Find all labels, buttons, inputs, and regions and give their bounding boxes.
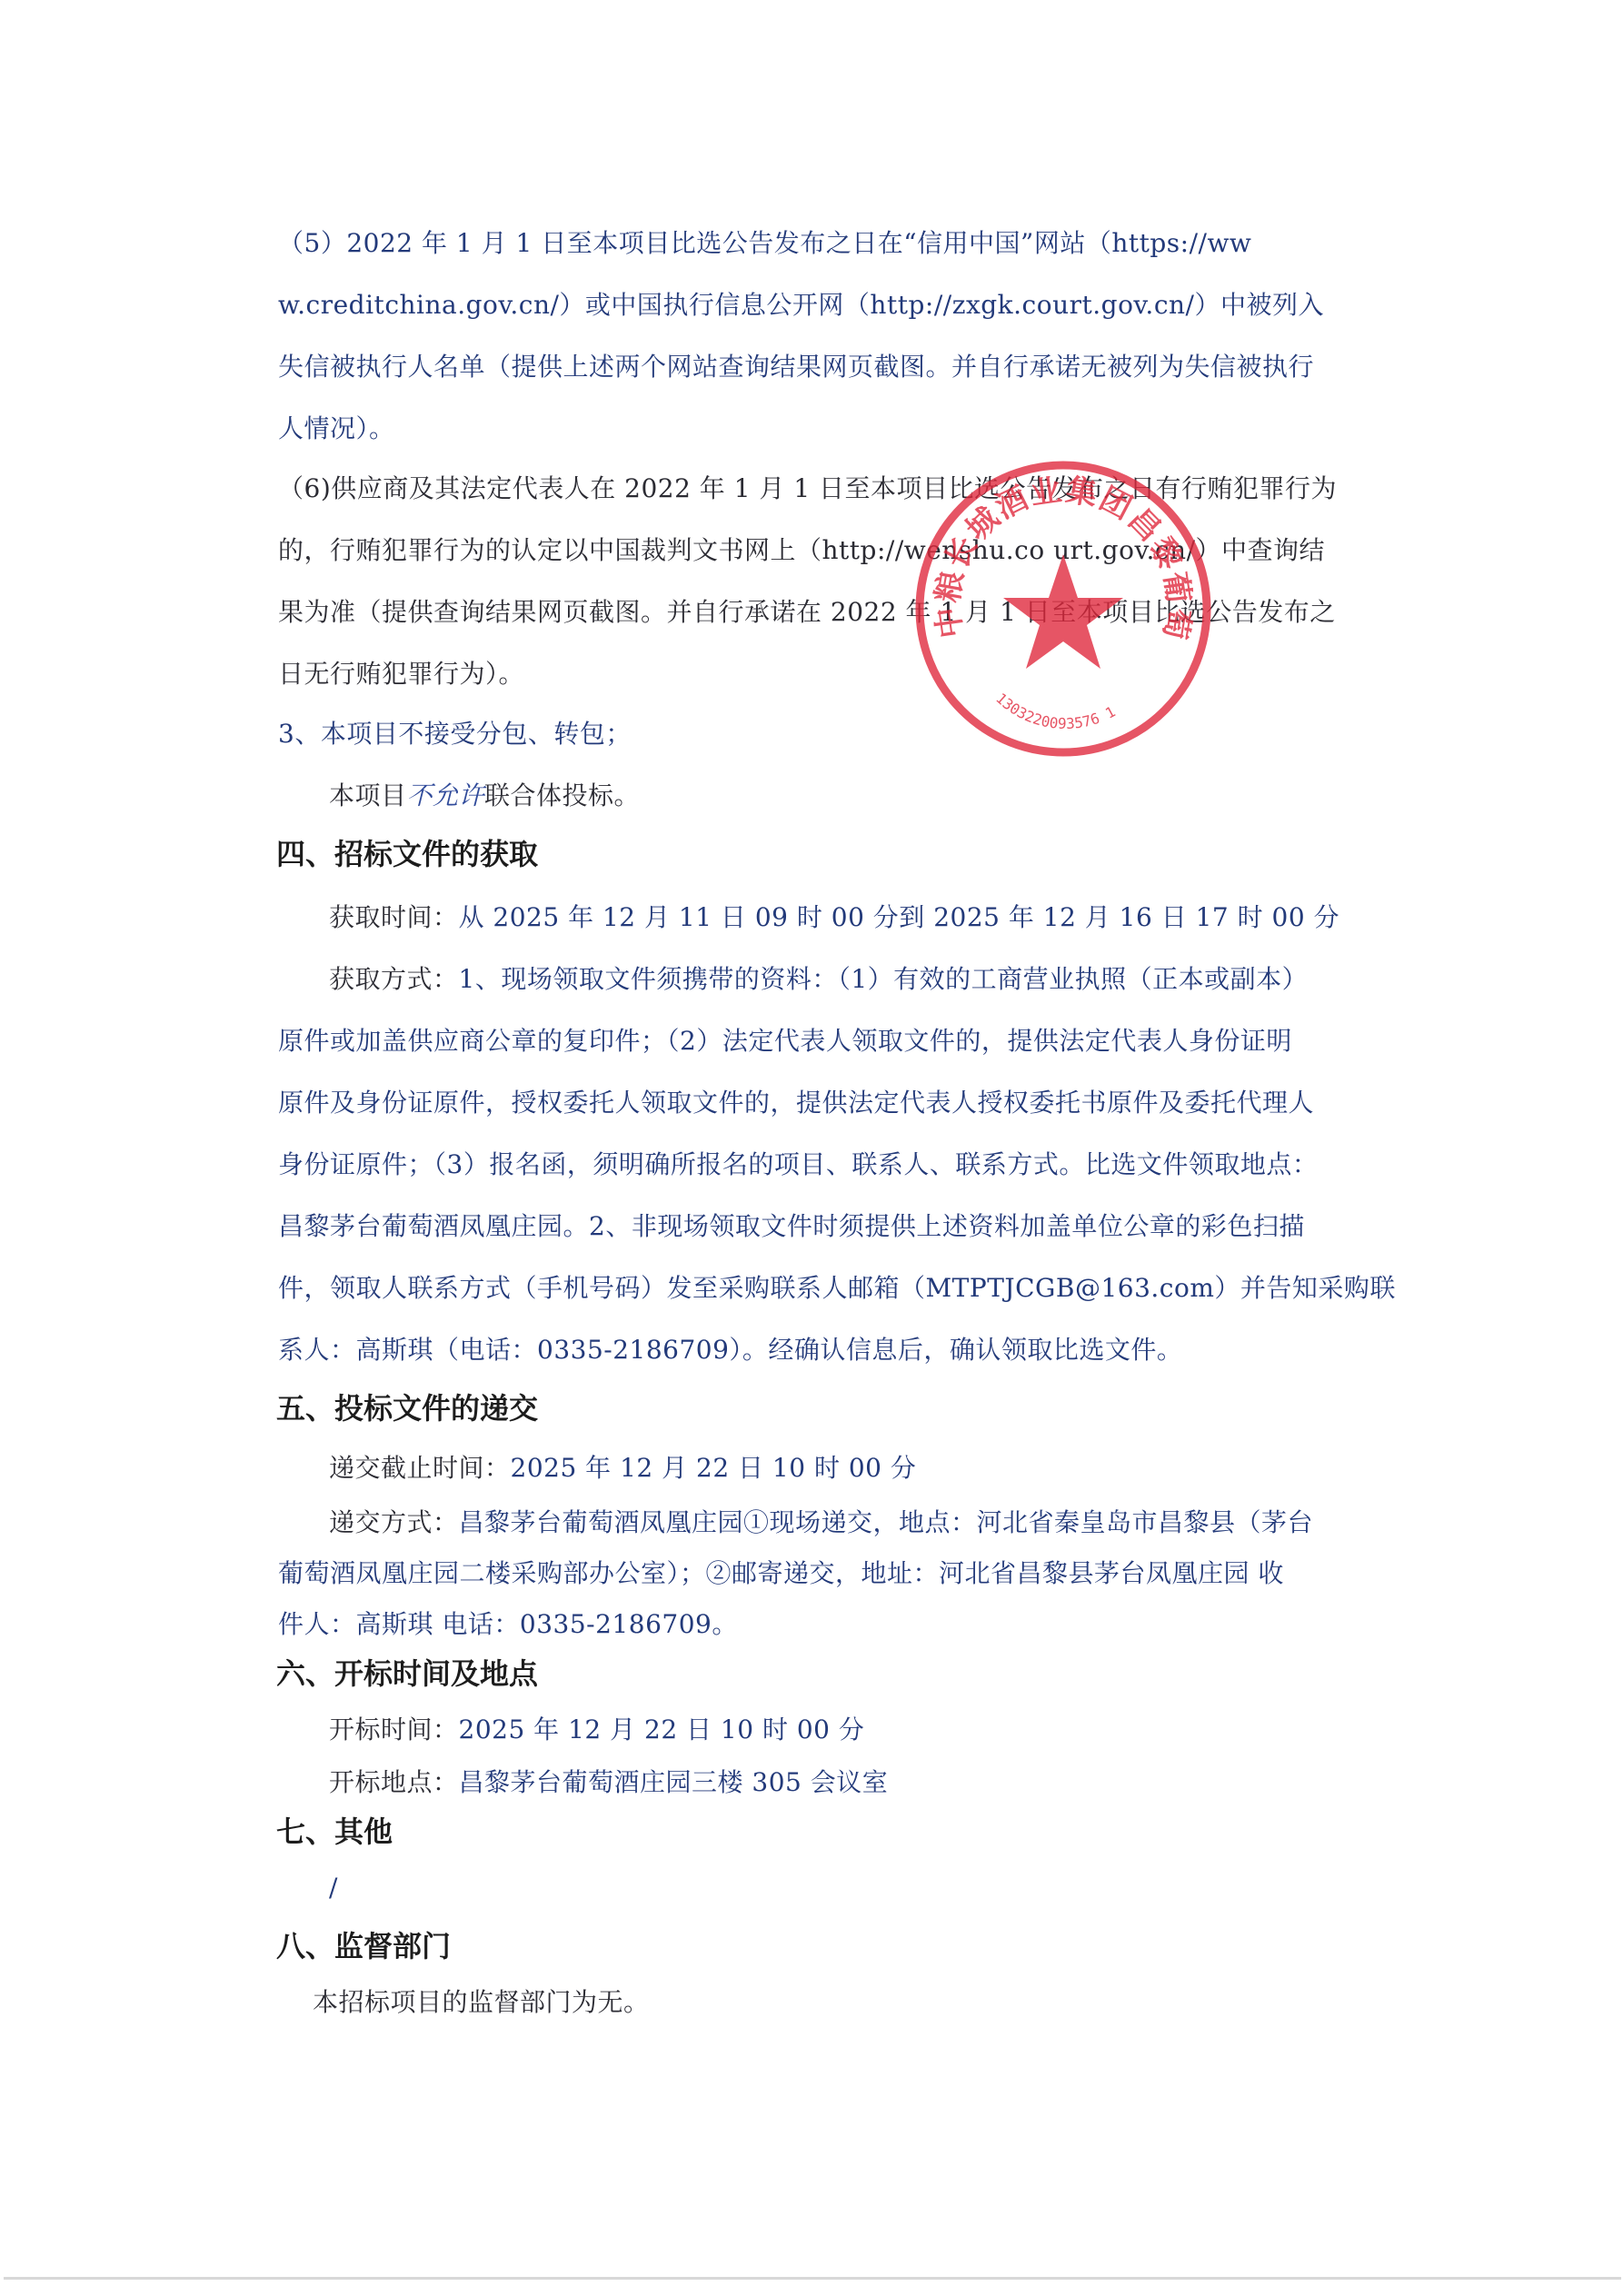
para6-line-4: 日无行贿犯罪行为）。 — [278, 656, 524, 692]
s4-time-value: 从 2025 年 12 月 11 日 09 时 00 分到 2025 年 12 … — [459, 902, 1340, 932]
section-8-title: 八、监督部门 — [276, 1926, 451, 1966]
para5-line-1: （5）2022 年 1 月 1 日至本项目比选公告发布之日在“信用中国”网站（h… — [278, 225, 1251, 262]
s5-method-line-1: 递交方式：昌黎茅台葡萄酒凤凰庄园①现场递交，地点：河北省秦皇岛市昌黎县（茅台 — [329, 1505, 1313, 1541]
s8-content: 本招标项目的监督部门为无。 — [313, 1984, 650, 2021]
s4-method-line-5: 昌黎茅台葡萄酒凤凰庄园。2、非现场领取文件时须提供上述资料加盖单位公章的彩色扫描 — [278, 1208, 1305, 1245]
s4-method-line-1: 获取方式：1、现场领取文件须携带的资料：（1）有效的工商营业执照（正本或副本） — [329, 961, 1308, 998]
s6-time: 开标时间：2025 年 12 月 22 日 10 时 00 分 — [329, 1712, 864, 1748]
section-6-title: 六、开标时间及地点 — [276, 1654, 538, 1694]
s4-time-label: 获取时间： — [329, 902, 459, 932]
s5-deadline-value: 2025 年 12 月 22 日 10 时 00 分 — [511, 1453, 917, 1483]
s6-place: 开标地点：昌黎茅台葡萄酒庄园三楼 305 会议室 — [329, 1764, 888, 1801]
s4-method-line-4: 身份证原件；（3）报名函，须明确所报名的项目、联系人、联系方式。比选文件领取地点… — [278, 1147, 1318, 1183]
section-5-title: 五、投标文件的递交 — [276, 1388, 538, 1428]
s5-method-line-2: 葡萄酒凤凰庄园二楼采购部办公室）；②邮寄递交，地址：河北省昌黎县茅台凤凰庄园 收 — [278, 1556, 1284, 1592]
s5-method-label: 递交方式： — [329, 1507, 459, 1537]
para5-line-4: 人情况）。 — [278, 411, 395, 447]
star-icon — [1003, 554, 1123, 669]
s4-method-text-1: 1、现场领取文件须携带的资料：（1）有效的工商营业执照（正本或副本） — [459, 964, 1309, 994]
company-seal-stamp: 中粮长城酒业集团昌黎葡萄酒业有限公司 1303220093576 1 — [909, 454, 1218, 763]
consortium-emphasis: 不允许 — [407, 780, 485, 810]
s6-time-label: 开标时间： — [329, 1715, 459, 1744]
s6-place-value: 昌黎茅台葡萄酒庄园三楼 305 会议室 — [459, 1767, 889, 1797]
consortium-suffix: 联合体投标。 — [484, 780, 640, 810]
para5-line-2: w.creditchina.gov.cn/）或中国执行信息公开网（http://… — [278, 287, 1324, 323]
para5-line-3: 失信被执行人名单（提供上述两个网站查询结果网页截图。并自行承诺无被列为失信被执行 — [278, 349, 1314, 385]
section-7-title: 七、其他 — [276, 1812, 393, 1852]
seal-number: 1303220093576 1 — [992, 690, 1118, 732]
item-3-no-subcontract: 3、本项目不接受分包、转包； — [278, 716, 632, 752]
consortium-statement: 本项目不允许联合体投标。 — [329, 778, 640, 814]
s4-method-line-6: 件，领取人联系方式（手机号码）发至采购联系人邮箱（MTPTJCGB@163.co… — [278, 1270, 1396, 1307]
section-4-title: 四、招标文件的获取 — [276, 834, 538, 874]
s7-content: / — [329, 1870, 338, 1906]
consortium-prefix: 本项目 — [329, 780, 407, 810]
s5-deadline-label: 递交截止时间： — [329, 1453, 511, 1483]
s4-method-line-3: 原件及身份证原件，授权委托人领取文件的，提供法定代表人授权委托书原件及委托代理人 — [278, 1085, 1314, 1121]
s6-time-value: 2025 年 12 月 22 日 10 时 00 分 — [459, 1715, 865, 1744]
s5-method-text-1: 昌黎茅台葡萄酒凤凰庄园①现场递交，地点：河北省秦皇岛市昌黎县（茅台 — [459, 1507, 1314, 1537]
s4-method-line-7: 系人：高斯琪（电话：0335-2186709）。经确认信息后，确认领取比选文件。 — [278, 1332, 1182, 1368]
s6-place-label: 开标地点： — [329, 1767, 459, 1797]
s4-time: 获取时间：从 2025 年 12 月 11 日 09 时 00 分到 2025 … — [329, 900, 1339, 936]
s4-method-label: 获取方式： — [329, 964, 459, 994]
s4-method-line-2: 原件或加盖供应商公章的复印件；（2）法定代表人领取文件的，提供法定代表人身份证明 — [278, 1023, 1292, 1059]
page-bottom-rule — [4, 2277, 1621, 2280]
s5-deadline: 递交截止时间：2025 年 12 月 22 日 10 时 00 分 — [329, 1450, 916, 1486]
document-page: （5）2022 年 1 月 1 日至本项目比选公告发布之日在“信用中国”网站（h… — [0, 0, 1623, 2296]
svg-text:1303220093576 1: 1303220093576 1 — [992, 690, 1118, 732]
s5-method-line-3: 件人：高斯琪 电话：0335-2186709。 — [278, 1606, 738, 1643]
